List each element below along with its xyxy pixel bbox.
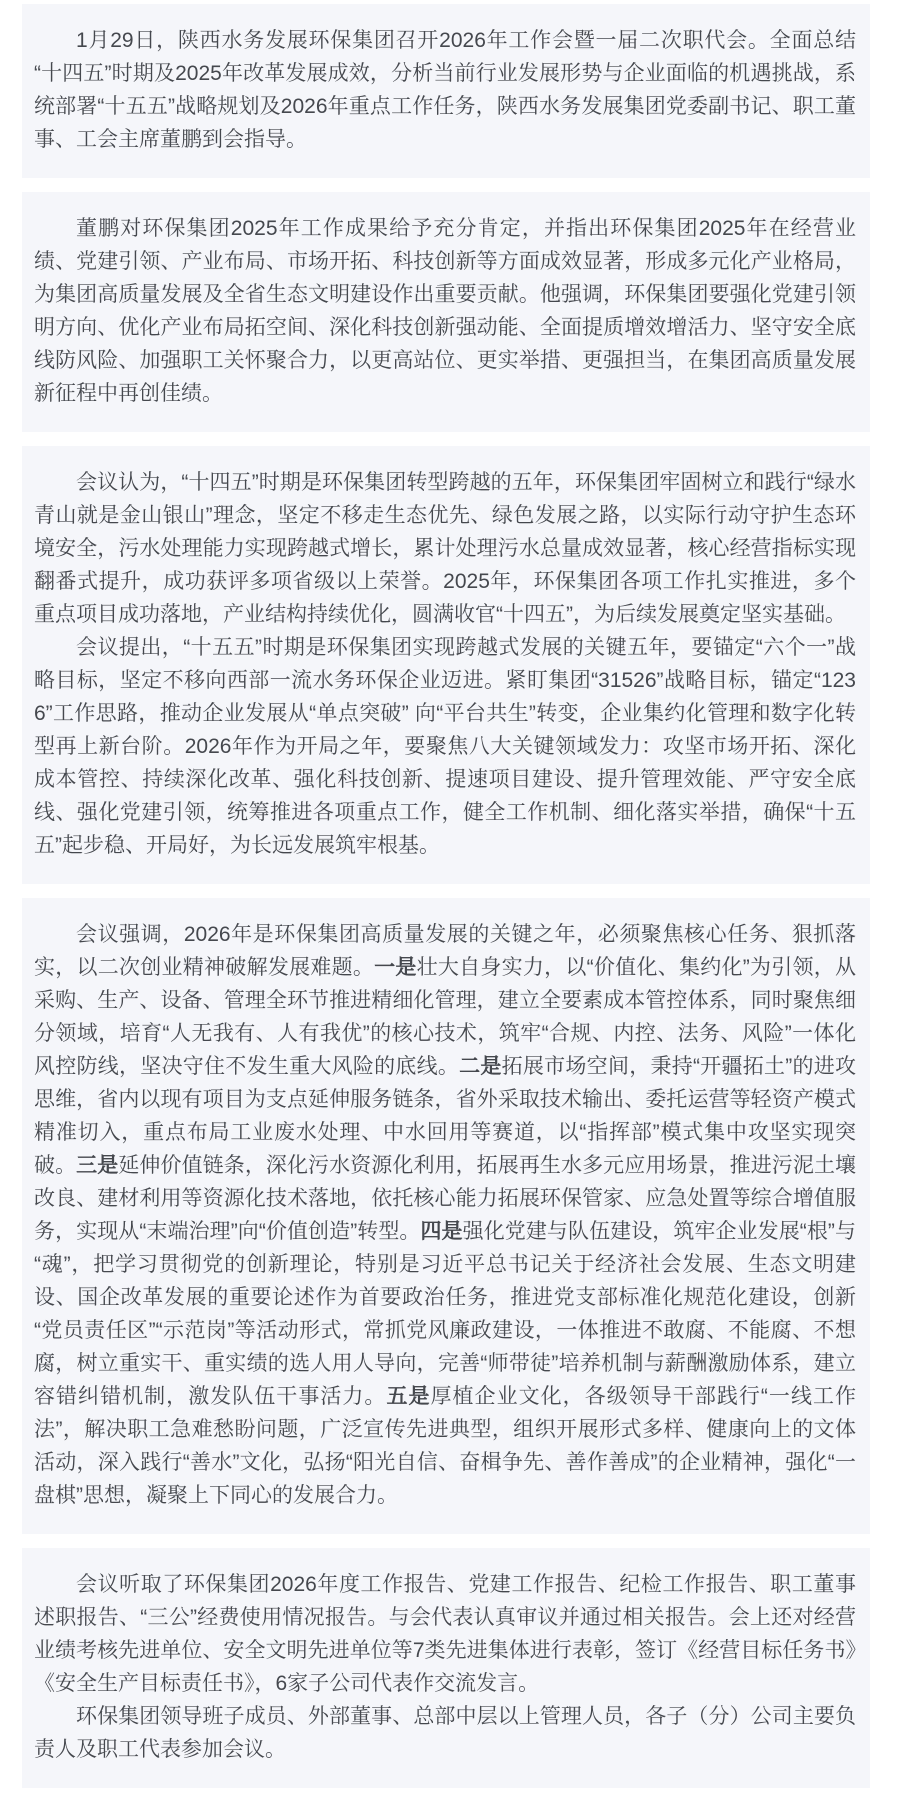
page: { "page": { "background": "#ffffff", "ca… xyxy=(0,0,897,1807)
bold-emphasis: 三是 xyxy=(76,1154,118,1177)
text-segment: 董鹏对环保集团2025年工作成果给予充分肯定，并指出环保集团2025年在经营业绩… xyxy=(34,217,856,405)
text-segment: 会议听取了环保集团2026年度工作报告、党建工作报告、纪检工作报告、职工董事述职… xyxy=(34,1573,856,1695)
paragraph: 1月29日，陕西水务发展环保集团召开2026年工作会暨一届二次职代会。全面总结“… xyxy=(34,24,856,156)
text-segment: 强化党建与队伍建设，筑牢企业发展“根”与“魂”，把学习贯彻党的创新理论，特别是习… xyxy=(34,1220,856,1408)
text-segment: 会议提出，“十五五”时期是环保集团实现跨越式发展的关键五年，要锚定“六个一”战略… xyxy=(34,636,856,857)
paragraph: 环保集团领导班子成员、外部董事、总部中层以上管理人员，各子（分）公司主要负责人及… xyxy=(34,1700,856,1766)
text-card: 会议强调，2026年是环保集团高质量发展的关键之年，必须聚焦核心任务、狠抓落实，… xyxy=(22,898,870,1534)
text-card: 会议认为，“十四五”时期是环保集团转型跨越的五年，环保集团牢固树立和践行“绿水青… xyxy=(22,446,870,884)
text-card: 会议听取了环保集团2026年度工作报告、党建工作报告、纪检工作报告、职工董事述职… xyxy=(22,1548,870,1788)
bold-emphasis: 一是 xyxy=(374,956,417,979)
text-card: 1月29日，陕西水务发展环保集团召开2026年工作会暨一届二次职代会。全面总结“… xyxy=(22,4,870,178)
paragraph: 会议强调，2026年是环保集团高质量发展的关键之年，必须聚焦核心任务、狠抓落实，… xyxy=(34,918,856,1512)
text-segment: 1月29日，陕西水务发展环保集团召开2026年工作会暨一届二次职代会。全面总结“… xyxy=(34,29,856,151)
paragraph: 会议听取了环保集团2026年度工作报告、党建工作报告、纪检工作报告、职工董事述职… xyxy=(34,1568,856,1700)
paragraph: 会议提出，“十五五”时期是环保集团实现跨越式发展的关键五年，要锚定“六个一”战略… xyxy=(34,631,856,862)
bold-emphasis: 四是 xyxy=(420,1220,462,1243)
text-card: 董鹏对环保集团2025年工作成果给予充分肯定，并指出环保集团2025年在经营业绩… xyxy=(22,192,870,432)
paragraph: 会议认为，“十四五”时期是环保集团转型跨越的五年，环保集团牢固树立和践行“绿水青… xyxy=(34,466,856,631)
text-segment: 环保集团领导班子成员、外部董事、总部中层以上管理人员，各子（分）公司主要负责人及… xyxy=(34,1705,856,1761)
paragraph: 董鹏对环保集团2025年工作成果给予充分肯定，并指出环保集团2025年在经营业绩… xyxy=(34,212,856,410)
bold-emphasis: 二是 xyxy=(459,1055,502,1078)
text-segment: 会议认为，“十四五”时期是环保集团转型跨越的五年，环保集团牢固树立和践行“绿水青… xyxy=(34,471,856,626)
article: 1月29日，陕西水务发展环保集团召开2026年工作会暨一届二次职代会。全面总结“… xyxy=(0,4,897,1788)
bold-emphasis: 五是 xyxy=(386,1385,430,1408)
